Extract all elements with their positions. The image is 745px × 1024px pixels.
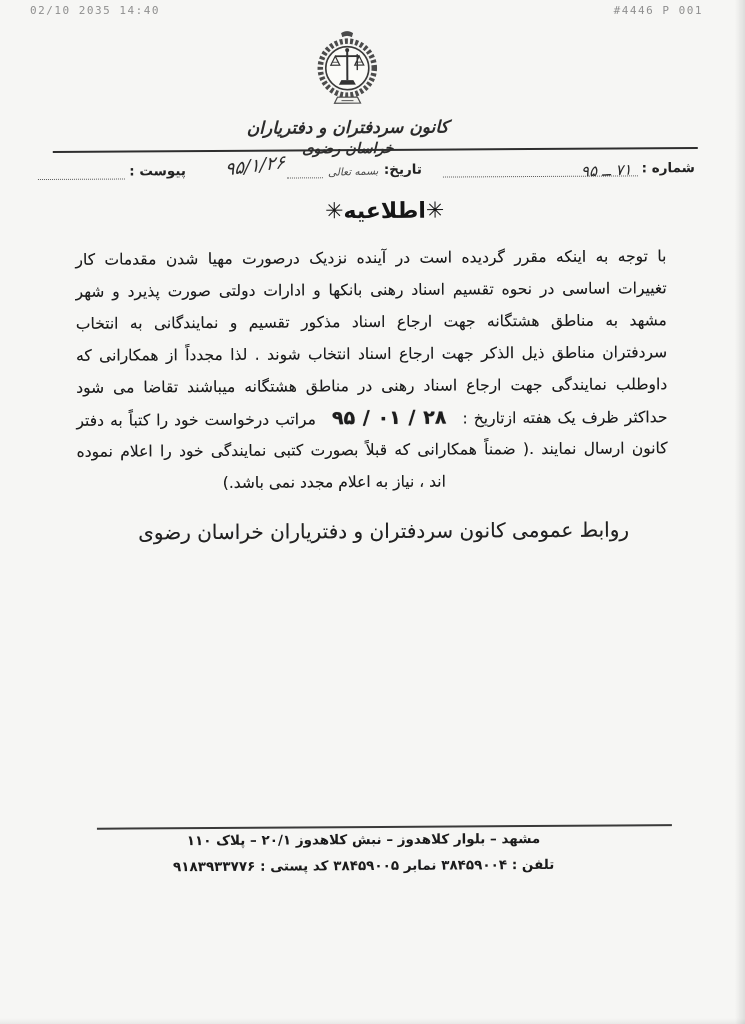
notice-title: ✳اطلاعیه✳ [0,197,743,227]
letterhead: کانون سردفتران و دفتریاران خراسان رضوی [0,28,698,159]
letter-footer: مشهد – بلوار کلاهدوز – نبش کلاهدوز ۲۰/۱ … [0,0,742,2]
body-line: مشهد به مناطق هشتگانه جهت ارجاع اسناد مذ… [76,304,667,340]
scan-edge-shadow [735,0,745,1024]
footer-divider [97,824,672,830]
body-line: تغییرات اساسی در نحوه تقسیم اسناد رهنی ب… [76,272,667,308]
document-content: کانون سردفتران و دفتریاران خراسان رضوی ش… [0,0,745,1024]
signature-line: روابط عمومی کانون سردفتران و دفتریاران خ… [0,517,745,546]
scanned-letter-page: 02/10 2035 14:40 #4446 P 001 کانون س [0,0,745,1024]
date-handwritten-note: بسمه تعالی [328,165,379,179]
reference-fields-row: شماره : ۷۱ ــ ۹۵ تاریخ: بسمه تعالی ۹۵/۱/… [38,155,695,180]
number-handwritten-value: ۷۱ ــ ۹۵ [581,161,632,181]
letter-number-field: شماره : ۷۱ ــ ۹۵ [443,160,695,178]
body-line: داوطلب نمایندگی جهت ارجاع اسناد رهنی در … [76,368,667,404]
deadline-prefix: حداکثر ظرف یک هفته ازتاریخ : [462,408,667,427]
body-line: کانون ارسال نمایند .( ضمناً همکارانی که … [77,432,668,468]
scan-edge-shadow-bottom [0,1018,745,1024]
attachment-dotted-line [38,164,125,181]
body-line: اند ، نیاز به اعلام مجدد نمی باشد.) [39,464,630,500]
number-dotted-line: ۷۱ ــ ۹۵ [443,160,638,177]
date-dotted-line [287,162,323,178]
date-label: تاریخ: [384,162,422,178]
notice-body: با توجه به اینکه مقرر گردیده است در آیند… [75,240,668,500]
organization-name: کانون سردفتران و دفتریاران [0,116,698,140]
letter-date-field: تاریخ: بسمه تعالی ۹۵/۱/۲۶ [207,157,422,179]
number-label: شماره : [642,160,695,176]
body-line: با توجه به اینکه مقرر گردیده است در آیند… [75,240,666,276]
body-line-deadline: حداکثر ظرف یک هفته ازتاریخ : ۹۵ / ۰۱ / ۲… [76,400,667,436]
scales-of-justice-emblem-icon [314,30,380,112]
footer-address: مشهد – بلوار کلاهدوز – نبش کلاهدوز ۲۰/۱ … [2,830,725,850]
footer-contact: تلفن : ۳۸۴۵۹۰۰۴ نمابر ۳۸۴۵۹۰۰۵ کد پستی :… [2,856,725,876]
body-line: سردفتران مناطق ذیل الذکر جهت ارجاع اسناد… [76,336,667,372]
deadline-suffix: مراتب درخواست خود را کتباً به دفتر [76,410,316,429]
deadline-date: ۹۵ / ۰۱ / ۲۸ [322,406,457,429]
attachment-field: پیوست : [38,163,186,180]
attachment-label: پیوست : [129,163,186,179]
